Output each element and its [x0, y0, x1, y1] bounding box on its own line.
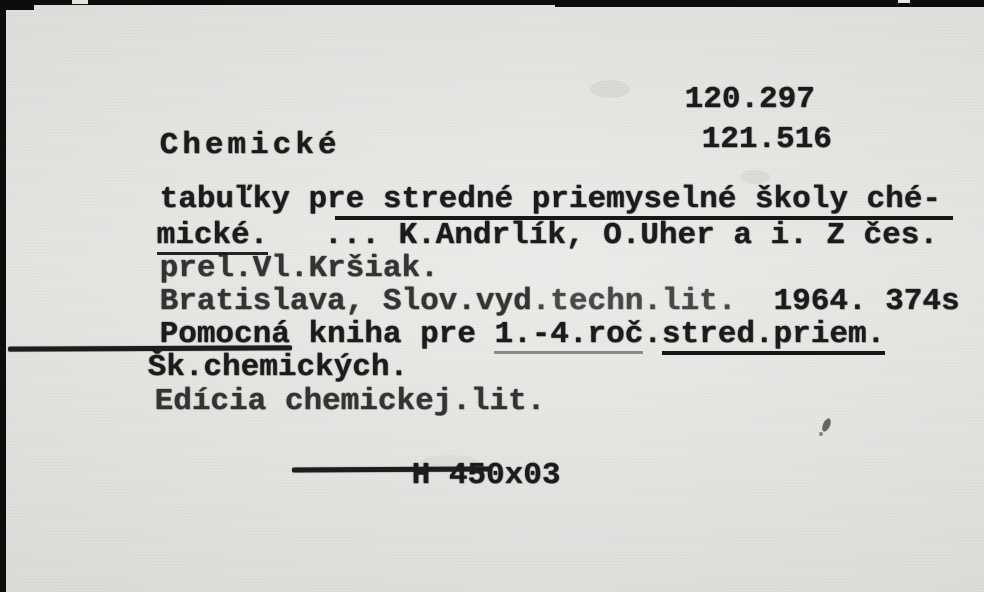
note-school-underlined: stred.priem. [662, 318, 885, 355]
imprint-pages: 374s [885, 285, 959, 318]
shelf-mark: H 450x03 [300, 426, 560, 525]
catalog-card: 120.297 Chemické 121.516 tabuľky pre str… [0, 0, 984, 592]
shelf-mark-text: H 450x03 [412, 459, 561, 492]
typewritten-text-layer: 120.297 Chemické 121.516 tabuľky pre str… [0, 0, 984, 592]
underline-shelf-mark [292, 466, 490, 472]
series-text: Edícia chemickej.lit. [155, 385, 546, 418]
note-dot: . [643, 318, 662, 351]
note-grades-underlined: 1.-4.roč [494, 318, 643, 354]
